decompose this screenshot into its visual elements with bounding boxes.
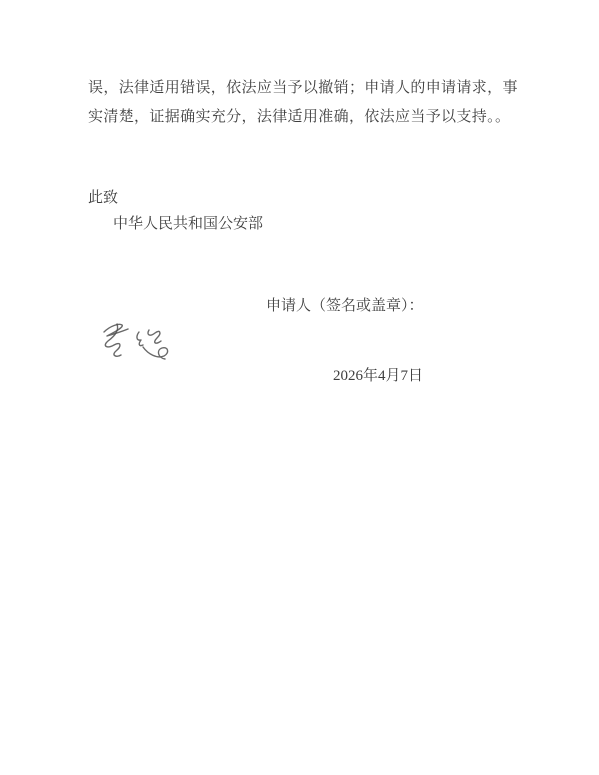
recipient-name: 中华人民共和国公安部: [113, 214, 263, 234]
document-page: 误，法律适用错误，依法应当予以撤销；申请人的申请请求，事 实清楚，证据确实充分，…: [0, 0, 599, 775]
signature-strokes: [104, 324, 168, 359]
body-text-line-1: 误，法律适用错误，依法应当予以撤销；申请人的申请请求，事: [88, 78, 518, 98]
date-text: 2026年4月7日: [333, 366, 423, 386]
salutation-text: 此致: [88, 188, 118, 208]
handwritten-signature-image: [93, 316, 183, 374]
signature-label: 申请人（签名或盖章）：: [266, 296, 424, 316]
body-text-line-2: 实清楚，证据确实充分，法律适用准确，依法应当予以支持。。: [88, 107, 510, 127]
